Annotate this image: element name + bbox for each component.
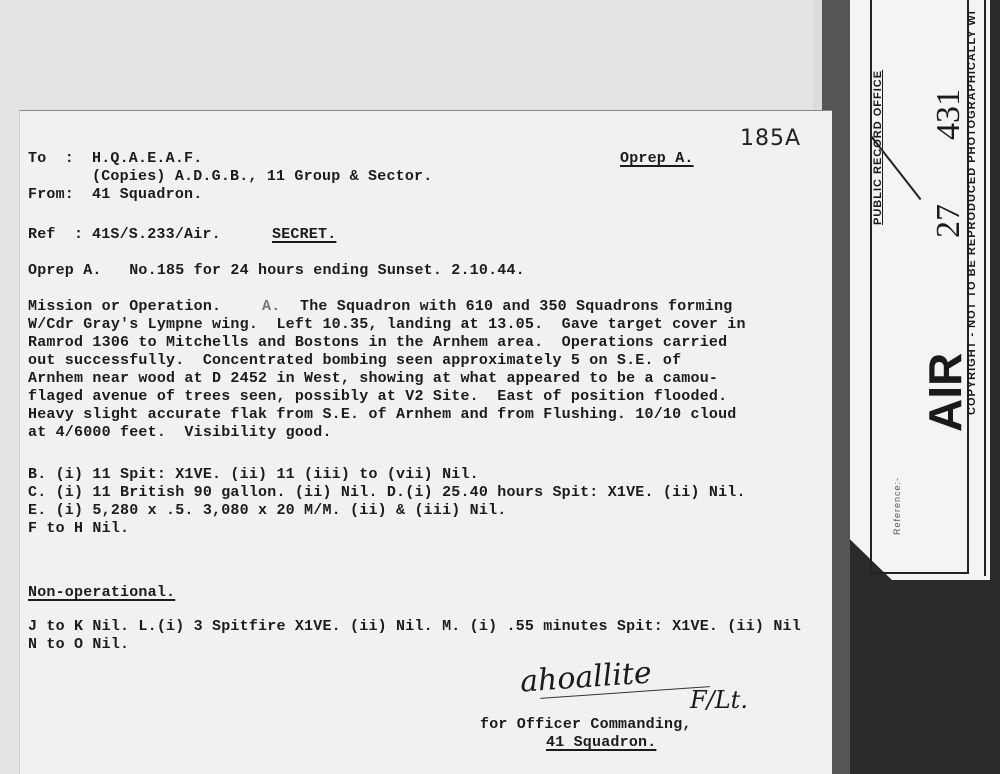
signature-initials: F/Lt. xyxy=(690,686,748,714)
non-operational-line: N to O Nil. xyxy=(28,636,129,653)
from-value: 41 Squadron. xyxy=(92,186,202,203)
mission-prefix: Mission or Operation. xyxy=(28,298,221,315)
mission-line: The Squadron with 610 and 350 Squadrons … xyxy=(300,298,732,315)
archive-piece-right: 431 xyxy=(930,89,968,140)
mission-line: flaged avenue of trees seen, possibly at… xyxy=(28,388,727,405)
mission-line: Heavy slight accurate flak from S.E. of … xyxy=(28,406,737,423)
archive-reference-label: Reference:- xyxy=(892,477,902,535)
mission-line: Ramrod 1306 to Mitchells and Bostons in … xyxy=(28,334,727,351)
header-oprep: Oprep A. xyxy=(620,150,694,167)
to-line-1: H.Q.A.E.A.F. xyxy=(92,150,202,167)
mission-line: Arnhem near wood at D 2452 in West, show… xyxy=(28,370,718,387)
archive-label-rule xyxy=(984,0,986,576)
item-line: E. (i) 5,280 x .5. 3,080 x 20 M/M. (ii) … xyxy=(28,502,506,519)
mission-line: at 4/6000 feet. Visibility good. xyxy=(28,424,332,441)
ref-label: Ref : xyxy=(28,226,83,243)
document-page xyxy=(20,110,832,774)
from-label: From: xyxy=(28,186,74,203)
archive-series: AIR xyxy=(918,353,972,432)
classification: SECRET. xyxy=(272,226,336,243)
mission-marker: A. xyxy=(262,298,280,315)
oprep-line: Oprep A. No.185 for 24 hours ending Suns… xyxy=(28,262,525,279)
to-line-2: (Copies) A.D.G.B., 11 Group & Sector. xyxy=(92,168,432,185)
ref-value: 41S/S.233/Air. xyxy=(92,226,221,243)
signoff-line-2: 41 Squadron. xyxy=(546,734,656,751)
folio-number: 185A xyxy=(740,126,801,151)
mission-line: out successfully. Concentrated bombing s… xyxy=(28,352,681,369)
item-line: C. (i) 11 British 90 gallon. (ii) Nil. D… xyxy=(28,484,746,501)
signoff-line-1: for Officer Commanding, xyxy=(480,716,692,733)
mission-line: W/Cdr Gray's Lympne wing. Left 10.35, la… xyxy=(28,316,746,333)
non-operational-line: J to K Nil. L.(i) 3 Spitfire X1VE. (ii) … xyxy=(28,618,801,635)
item-line: B. (i) 11 Spit: X1VE. (ii) 11 (iii) to (… xyxy=(28,466,479,483)
non-operational-heading: Non-operational. xyxy=(28,584,175,601)
to-label: To : xyxy=(28,150,74,167)
item-line: F to H Nil. xyxy=(28,520,129,537)
archive-copyright: COPYRIGHT - NOT TO BE REPRODUCED PHOTOGR… xyxy=(966,10,978,415)
archive-piece-left: 27 xyxy=(930,204,968,238)
archive-label-frame xyxy=(870,0,969,574)
